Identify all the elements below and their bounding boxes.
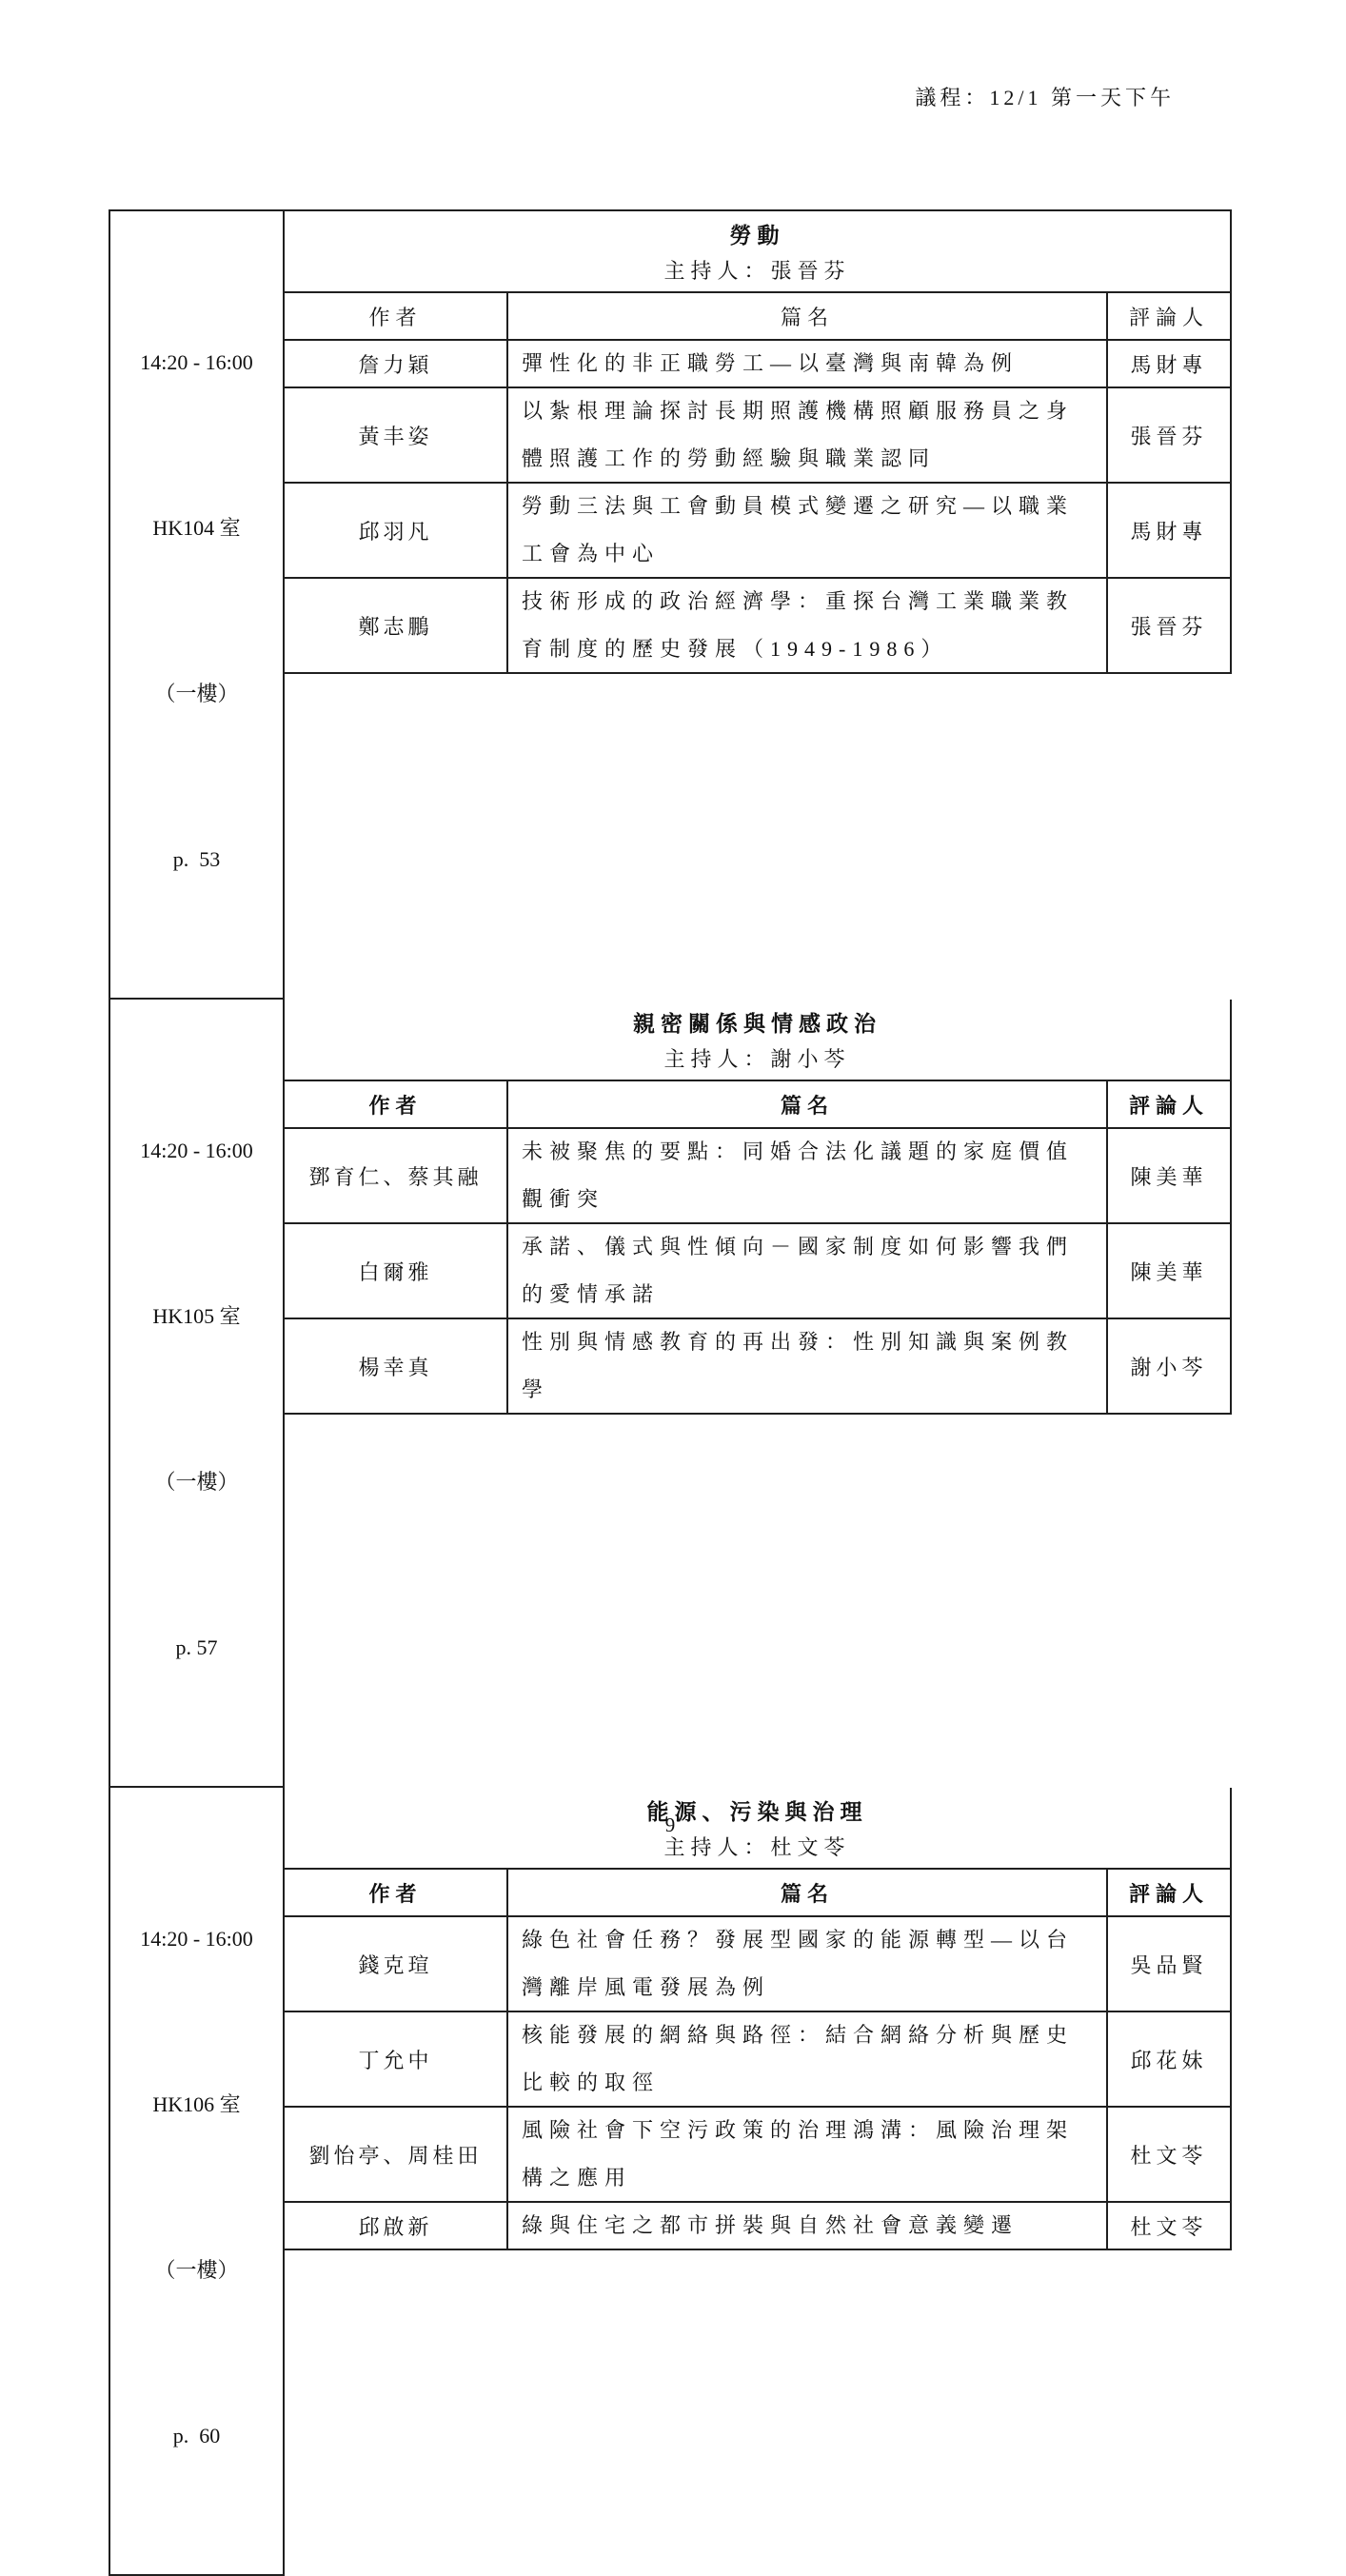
commenter-cell: 陳美華 (1108, 1224, 1232, 1319)
session-chair: 主持人：張晉芬 (663, 255, 850, 285)
session-block-hk105: 14:20 - 16:00 HK105 室 （一樓） p. 57 親密關係與情感… (110, 1000, 1232, 1788)
author-cell: 楊幸真 (285, 1319, 508, 1415)
paper-title: 未被聚焦的要點：同婚合法化議題的家庭價值觀衝突 (522, 1128, 1097, 1223)
paper-title: 綠與住宅之都市拼裝與自然社會意義變遷 (522, 2202, 1019, 2249)
paper-row: 邱羽凡 勞動三法與工會動員模式變遷之研究—以職業工會為中心 馬財專 (285, 484, 1232, 579)
commenter-cell: 馬財專 (1108, 484, 1232, 579)
session-floor: （一樓） (110, 2243, 283, 2298)
paper-title: 綠色社會任務？發展型國家的能源轉型—以台灣離岸風電發展為例 (522, 1916, 1097, 2011)
paper-title: 核能發展的網絡與路徑：結合網絡分析與歷史比較的取徑 (522, 2011, 1097, 2107)
column-header-title: 篇名 (508, 293, 1108, 341)
commenter-cell: 杜文苓 (1108, 2108, 1232, 2203)
session-room: HK104 室 (110, 501, 283, 556)
commenter-cell: 邱花妹 (1108, 2012, 1232, 2108)
title-cell: 承諾、儀式與性傾向－國家制度如何影響我們的愛情承諾 (508, 1224, 1108, 1319)
title-cell: 綠與住宅之都市拼裝與自然社會意義變遷 (508, 2203, 1108, 2250)
author-cell: 白爾雅 (285, 1224, 508, 1319)
commenter-cell: 張晉芬 (1108, 579, 1232, 674)
column-header-row: 作者 篇名 評論人 (285, 1081, 1232, 1129)
page-header-note: 議程：12/1 第一天下午 (915, 82, 1175, 111)
paper-row: 丁允中 核能發展的網絡與路徑：結合網絡分析與歷史比較的取徑 邱花妹 (285, 2012, 1232, 2108)
commenter-cell: 陳美華 (1108, 1129, 1232, 1224)
title-cell: 性別與情感教育的再出發：性別知識與案例教學 (508, 1319, 1108, 1415)
author-cell: 詹力穎 (285, 341, 508, 388)
session-meta: 14:20 - 16:00 HK105 室 （一樓） p. 57 (110, 1000, 285, 1788)
paper-row: 邱啟新 綠與住宅之都市拼裝與自然社會意義變遷 杜文苓 (285, 2203, 1232, 2250)
session-time: 14:20 - 16:00 (110, 1123, 283, 1179)
column-header-author: 作者 (285, 1081, 508, 1129)
commenter-cell: 杜文苓 (1108, 2203, 1232, 2250)
paper-row: 鄧育仁、蔡其融 未被聚焦的要點：同婚合法化議題的家庭價值觀衝突 陳美華 (285, 1129, 1232, 1224)
session-time: 14:20 - 16:00 (110, 335, 283, 390)
author-cell: 錢克瑄 (285, 1917, 508, 2012)
paper-row: 白爾雅 承諾、儀式與性傾向－國家制度如何影響我們的愛情承諾 陳美華 (285, 1224, 1232, 1319)
author-cell: 邱啟新 (285, 2203, 508, 2250)
session-time: 14:20 - 16:00 (110, 1912, 283, 1967)
author-cell: 鄭志鵬 (285, 579, 508, 674)
session-page-ref: p. 57 (110, 1620, 283, 1675)
session-header: 勞動 主持人：張晉芬 (285, 211, 1232, 293)
paper-row: 詹力穎 彈性化的非正職勞工—以臺灣與南韓為例 馬財專 (285, 341, 1232, 388)
paper-row: 劉怡亭、周桂田 風險社會下空污政策的治理鴻溝：風險治理架構之應用 杜文苓 (285, 2108, 1232, 2203)
author-cell: 丁允中 (285, 2012, 508, 2108)
column-header-author: 作者 (285, 293, 508, 341)
paper-title: 承諾、儀式與性傾向－國家制度如何影響我們的愛情承諾 (522, 1223, 1097, 1318)
session-floor: （一樓） (110, 1455, 283, 1510)
session-meta: 14:20 - 16:00 HK106 室 （一樓） p. 60 (110, 1788, 285, 2576)
column-header-row: 作者 篇名 評論人 (285, 293, 1232, 341)
title-cell: 勞動三法與工會動員模式變遷之研究—以職業工會為中心 (508, 484, 1108, 579)
session-meta: 14:20 - 16:00 HK104 室 （一樓） p. 53 (110, 211, 285, 1000)
session-chair: 主持人：謝小芩 (663, 1043, 850, 1073)
title-cell: 核能發展的網絡與路徑：結合網絡分析與歷史比較的取徑 (508, 2012, 1108, 2108)
paper-row: 楊幸真 性別與情感教育的再出發：性別知識與案例教學 謝小芩 (285, 1319, 1232, 1415)
author-cell: 鄧育仁、蔡其融 (285, 1129, 508, 1224)
session-floor: （一樓） (110, 666, 283, 722)
author-cell: 黃丰姿 (285, 388, 508, 484)
paper-title: 以紮根理論探討長期照護機構照顧服務員之身體照護工作的勞動經驗與職業認同 (522, 387, 1097, 483)
commenter-cell: 吳品賢 (1108, 1917, 1232, 2012)
paper-title: 勞動三法與工會動員模式變遷之研究—以職業工會為中心 (522, 483, 1097, 578)
column-header-title: 篇名 (508, 1081, 1108, 1129)
title-cell: 未被聚焦的要點：同婚合法化議題的家庭價值觀衝突 (508, 1129, 1108, 1224)
column-header-commenter: 評論人 (1108, 1081, 1232, 1129)
commenter-cell: 張晉芬 (1108, 388, 1232, 484)
commenter-cell: 馬財專 (1108, 341, 1232, 388)
session-room: HK105 室 (110, 1289, 283, 1344)
author-cell: 劉怡亭、周桂田 (285, 2108, 508, 2203)
paper-row: 黃丰姿 以紮根理論探討長期照護機構照顧服務員之身體照護工作的勞動經驗與職業認同 … (285, 388, 1232, 484)
session-title: 勞動 (730, 218, 785, 249)
session-content: 能源、污染與治理 主持人：杜文苓 作者 篇名 評論人 錢克瑄 綠色社會任務？發展… (285, 1788, 1232, 2576)
title-cell: 綠色社會任務？發展型國家的能源轉型—以台灣離岸風電發展為例 (508, 1917, 1108, 2012)
paper-row: 錢克瑄 綠色社會任務？發展型國家的能源轉型—以台灣離岸風電發展為例 吳品賢 (285, 1917, 1232, 2012)
session-room: HK106 室 (110, 2077, 283, 2132)
session-title: 親密關係與情感政治 (633, 1006, 881, 1038)
commenter-cell: 謝小芩 (1108, 1319, 1232, 1415)
author-cell: 邱羽凡 (285, 484, 508, 579)
session-block-hk104: 14:20 - 16:00 HK104 室 （一樓） p. 53 勞動 主持人：… (110, 211, 1232, 1000)
session-page-ref: p. 53 (110, 832, 283, 887)
session-content: 親密關係與情感政治 主持人：謝小芩 作者 篇名 評論人 鄧育仁、蔡其融 未被聚焦… (285, 1000, 1232, 1788)
column-header-commenter: 評論人 (1108, 1870, 1232, 1917)
page-number: 9 (109, 1813, 1232, 1837)
column-header-author: 作者 (285, 1870, 508, 1917)
column-header-row: 作者 篇名 評論人 (285, 1870, 1232, 1917)
title-cell: 風險社會下空污政策的治理鴻溝：風險治理架構之應用 (508, 2108, 1108, 2203)
paper-row: 鄭志鵬 技術形成的政治經濟學：重探台灣工業職業教育制度的歷史發展（1949-19… (285, 579, 1232, 674)
session-page-ref: p. 60 (110, 2408, 283, 2464)
paper-title: 風險社會下空污政策的治理鴻溝：風險治理架構之應用 (522, 2107, 1097, 2202)
title-cell: 彈性化的非正職勞工—以臺灣與南韓為例 (508, 341, 1108, 388)
session-block-hk106: 14:20 - 16:00 HK106 室 （一樓） p. 60 能源、污染與治… (110, 1788, 1232, 2576)
program-table: 14:20 - 16:00 HK104 室 （一樓） p. 53 勞動 主持人：… (109, 209, 1232, 2576)
title-cell: 以紮根理論探討長期照護機構照顧服務員之身體照護工作的勞動經驗與職業認同 (508, 388, 1108, 484)
session-header: 親密關係與情感政治 主持人：謝小芩 (285, 1000, 1232, 1081)
paper-title: 技術形成的政治經濟學：重探台灣工業職業教育制度的歷史發展（1949-1986） (522, 578, 1097, 673)
column-header-commenter: 評論人 (1108, 293, 1232, 341)
paper-title: 性別與情感教育的再出發：性別知識與案例教學 (522, 1318, 1097, 1414)
title-cell: 技術形成的政治經濟學：重探台灣工業職業教育制度的歷史發展（1949-1986） (508, 579, 1108, 674)
session-content: 勞動 主持人：張晉芬 作者 篇名 評論人 詹力穎 彈性化的非正職勞工—以臺灣與南… (285, 211, 1232, 1000)
column-header-title: 篇名 (508, 1870, 1108, 1917)
paper-title: 彈性化的非正職勞工—以臺灣與南韓為例 (522, 340, 1019, 387)
